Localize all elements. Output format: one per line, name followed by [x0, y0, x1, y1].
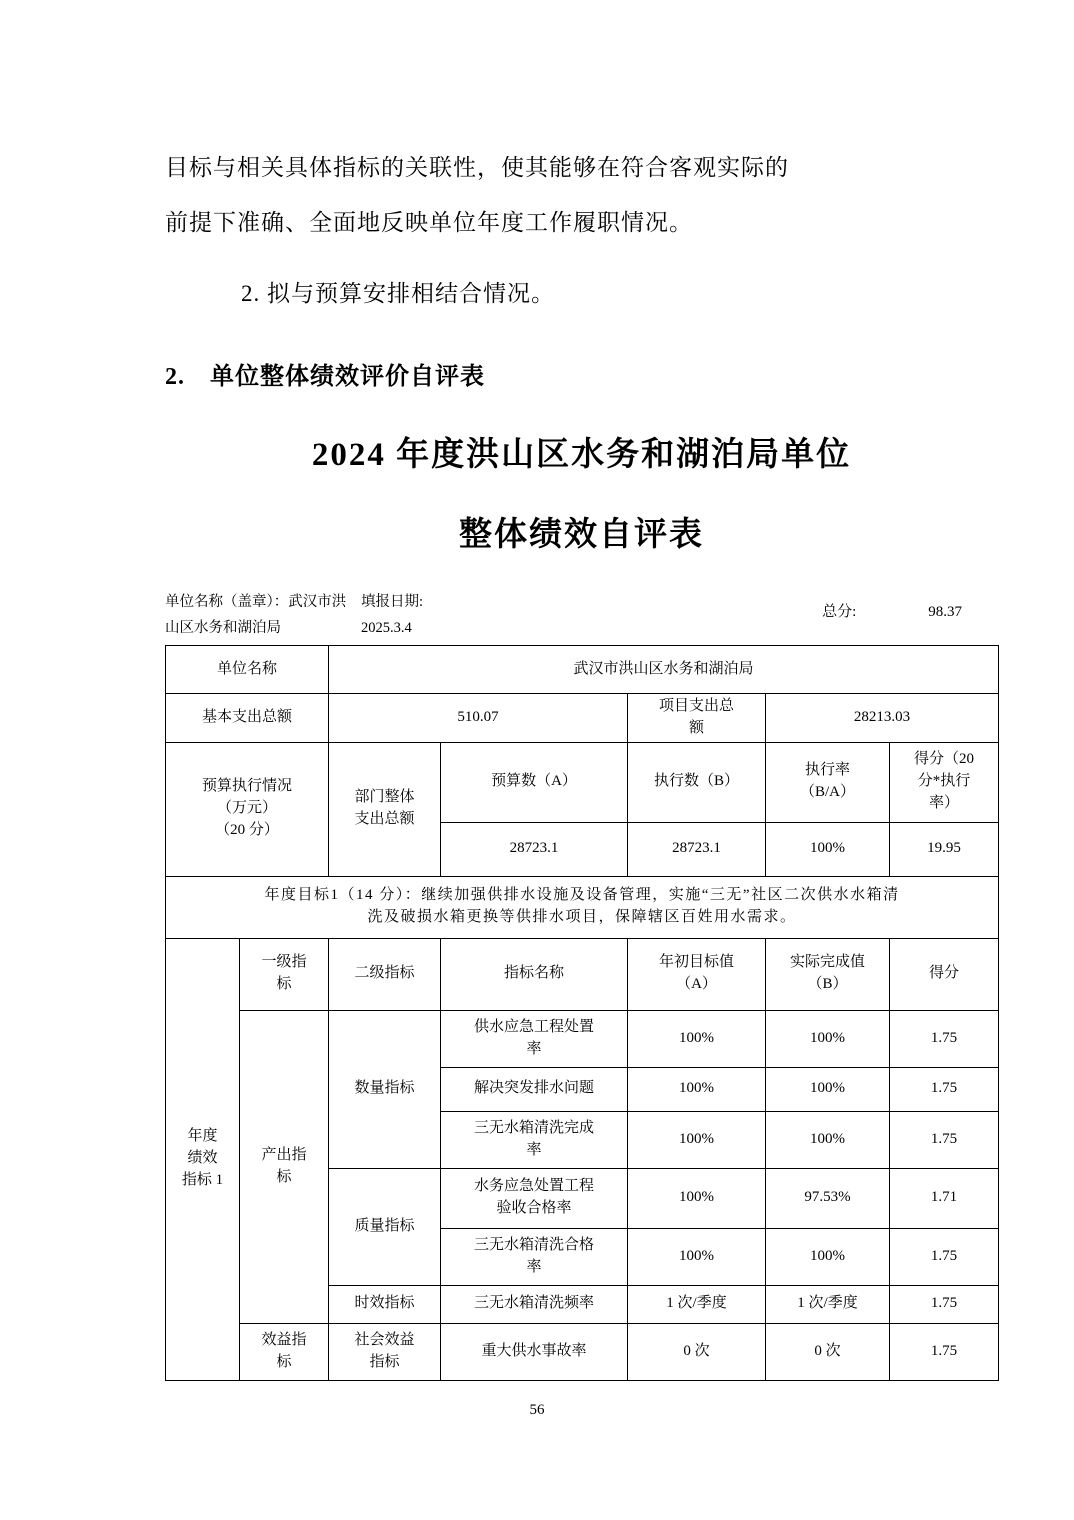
cell-budget-value-score: 19.95: [890, 822, 999, 876]
total-score-label: 总分:: [822, 599, 856, 625]
cell-budget-value-a: 28723.1: [441, 822, 628, 876]
cell-budget-row-label: 预算执行情况 （万元） （20 分）: [166, 742, 329, 876]
table-row: 产出指 标 数量指标 供水应急工程处置 率 100% 100% 1.75: [166, 1010, 999, 1067]
cell-indicator-actual: 0 次: [766, 1323, 890, 1380]
cell-indicator-name: 三无水箱清洗频率: [441, 1285, 628, 1323]
cell-indicator-score: 1.75: [890, 1111, 999, 1168]
cell-budget-header-score: 得分（20 分*执行 率）: [890, 742, 999, 822]
cell-indicator-actual: 100%: [766, 1010, 890, 1067]
cell-budget-header-b: 执行数（B）: [628, 742, 766, 822]
cell-indicator-target: 100%: [628, 1228, 766, 1285]
cell-indicator-actual: 100%: [766, 1067, 890, 1111]
cell-indicator-target: 100%: [628, 1010, 766, 1067]
self-evaluation-table: 单位名称 武汉市洪山区水务和湖泊局 基本支出总额 510.07 项目支出总 额 …: [165, 645, 999, 1381]
document-title: 2024 年度洪山区水务和湖泊局单位 整体绩效自评表: [165, 415, 998, 575]
cell-indicator-name: 供水应急工程处置 率: [441, 1010, 628, 1067]
cell-indicator-name: 解决突发排水问题: [441, 1067, 628, 1111]
cell-header-target: 年初目标值 （A）: [628, 938, 766, 1010]
total-score-value: 98.37: [928, 599, 962, 625]
intro-paragraph-2: 2. 拟与预算安排相结合情况。: [165, 278, 998, 310]
cell-indicator-name: 三无水箱清洗完成 率: [441, 1111, 628, 1168]
cell-indicator-name: 三无水箱清洗合格 率: [441, 1228, 628, 1285]
cell-level2-social: 社会效益 指标: [329, 1323, 441, 1380]
cell-indicator-target: 100%: [628, 1111, 766, 1168]
document-title-line1: 2024 年度洪山区水务和湖泊局单位: [165, 415, 998, 495]
cell-dept-total-label: 部门整体 支出总额: [329, 742, 441, 876]
cell-header-level1: 一级指 标: [240, 938, 329, 1010]
cell-budget-header-rate: 执行率 （B/A）: [766, 742, 890, 822]
cell-indicator-actual: 1 次/季度: [766, 1285, 890, 1323]
page-number: 56: [0, 1402, 1074, 1419]
info-row: 单位名称（盖章）：武汉市洪 山区水务和湖泊局 填报日期: 2025.3.4 总分…: [165, 589, 998, 641]
document-page: 目标与相关具体指标的关联性，使其能够在符合客观实际的 前提下准确、全面地反映单位…: [165, 0, 998, 1381]
document-title-line2: 整体绩效自评表: [165, 495, 998, 575]
cell-indicator-score: 1.75: [890, 1323, 999, 1380]
cell-indicator-score: 1.75: [890, 1067, 999, 1111]
cell-unit-name-label: 单位名称: [166, 646, 329, 694]
cell-indicator-actual: 100%: [766, 1111, 890, 1168]
table-row: 效益指 标 社会效益 指标 重大供水事故率 0 次 0 次 1.75: [166, 1323, 999, 1380]
cell-level1-benefit: 效益指 标: [240, 1323, 329, 1380]
cell-indicator-name: 重大供水事故率: [441, 1323, 628, 1380]
cell-indicator-score: 1.75: [890, 1010, 999, 1067]
cell-level2-quantity: 数量指标: [329, 1010, 441, 1168]
total-score-block: 总分: 98.37: [822, 599, 998, 625]
cell-basic-expense-value: 510.07: [329, 694, 628, 743]
cell-indicator-actual: 100%: [766, 1228, 890, 1285]
cell-level2-timeliness: 时效指标: [329, 1285, 441, 1323]
cell-budget-value-b: 28723.1: [628, 822, 766, 876]
cell-indicator-target: 100%: [628, 1168, 766, 1228]
cell-budget-value-rate: 100%: [766, 822, 890, 876]
intro-paragraph-1: 目标与相关具体指标的关联性，使其能够在符合客观实际的 前提下准确、全面地反映单位…: [165, 140, 998, 250]
cell-indicator-score: 1.71: [890, 1168, 999, 1228]
cell-indicator-score: 1.75: [890, 1285, 999, 1323]
cell-header-score: 得分: [890, 938, 999, 1010]
cell-header-actual: 实际完成值 （B）: [766, 938, 890, 1010]
cell-header-level2: 二级指标: [329, 938, 441, 1010]
cell-level1-output: 产出指 标: [240, 1010, 329, 1323]
unit-seal-label: 单位名称（盖章）：武汉市洪 山区水务和湖泊局: [165, 589, 351, 641]
cell-project-expense-label: 项目支出总 额: [628, 694, 766, 743]
cell-header-name: 指标名称: [441, 938, 628, 1010]
cell-indicator-target: 0 次: [628, 1323, 766, 1380]
cell-indicator-score: 1.75: [890, 1228, 999, 1285]
cell-indicator-target: 1 次/季度: [628, 1285, 766, 1323]
cell-project-expense-value: 28213.03: [766, 694, 999, 743]
cell-annual-goal: 年度目标1（14 分）：继续加强供排水设施及设备管理，实施“三无”社区二次供水水…: [166, 876, 999, 938]
fill-date-label: 填报日期: 2025.3.4: [361, 589, 501, 641]
cell-unit-name-value: 武汉市洪山区水务和湖泊局: [329, 646, 999, 694]
cell-indicator-target: 100%: [628, 1067, 766, 1111]
cell-indicator-actual: 97.53%: [766, 1168, 890, 1228]
cell-budget-header-a: 预算数（A）: [441, 742, 628, 822]
cell-basic-expense-label: 基本支出总额: [166, 694, 329, 743]
section-heading: 2. 单位整体绩效评价自评表: [165, 356, 998, 391]
cell-indicator-name: 水务应急处置工程 验收合格率: [441, 1168, 628, 1228]
cell-indicator-group-label: 年度 绩效 指标 1: [166, 938, 240, 1380]
cell-level2-quality: 质量指标: [329, 1168, 441, 1285]
